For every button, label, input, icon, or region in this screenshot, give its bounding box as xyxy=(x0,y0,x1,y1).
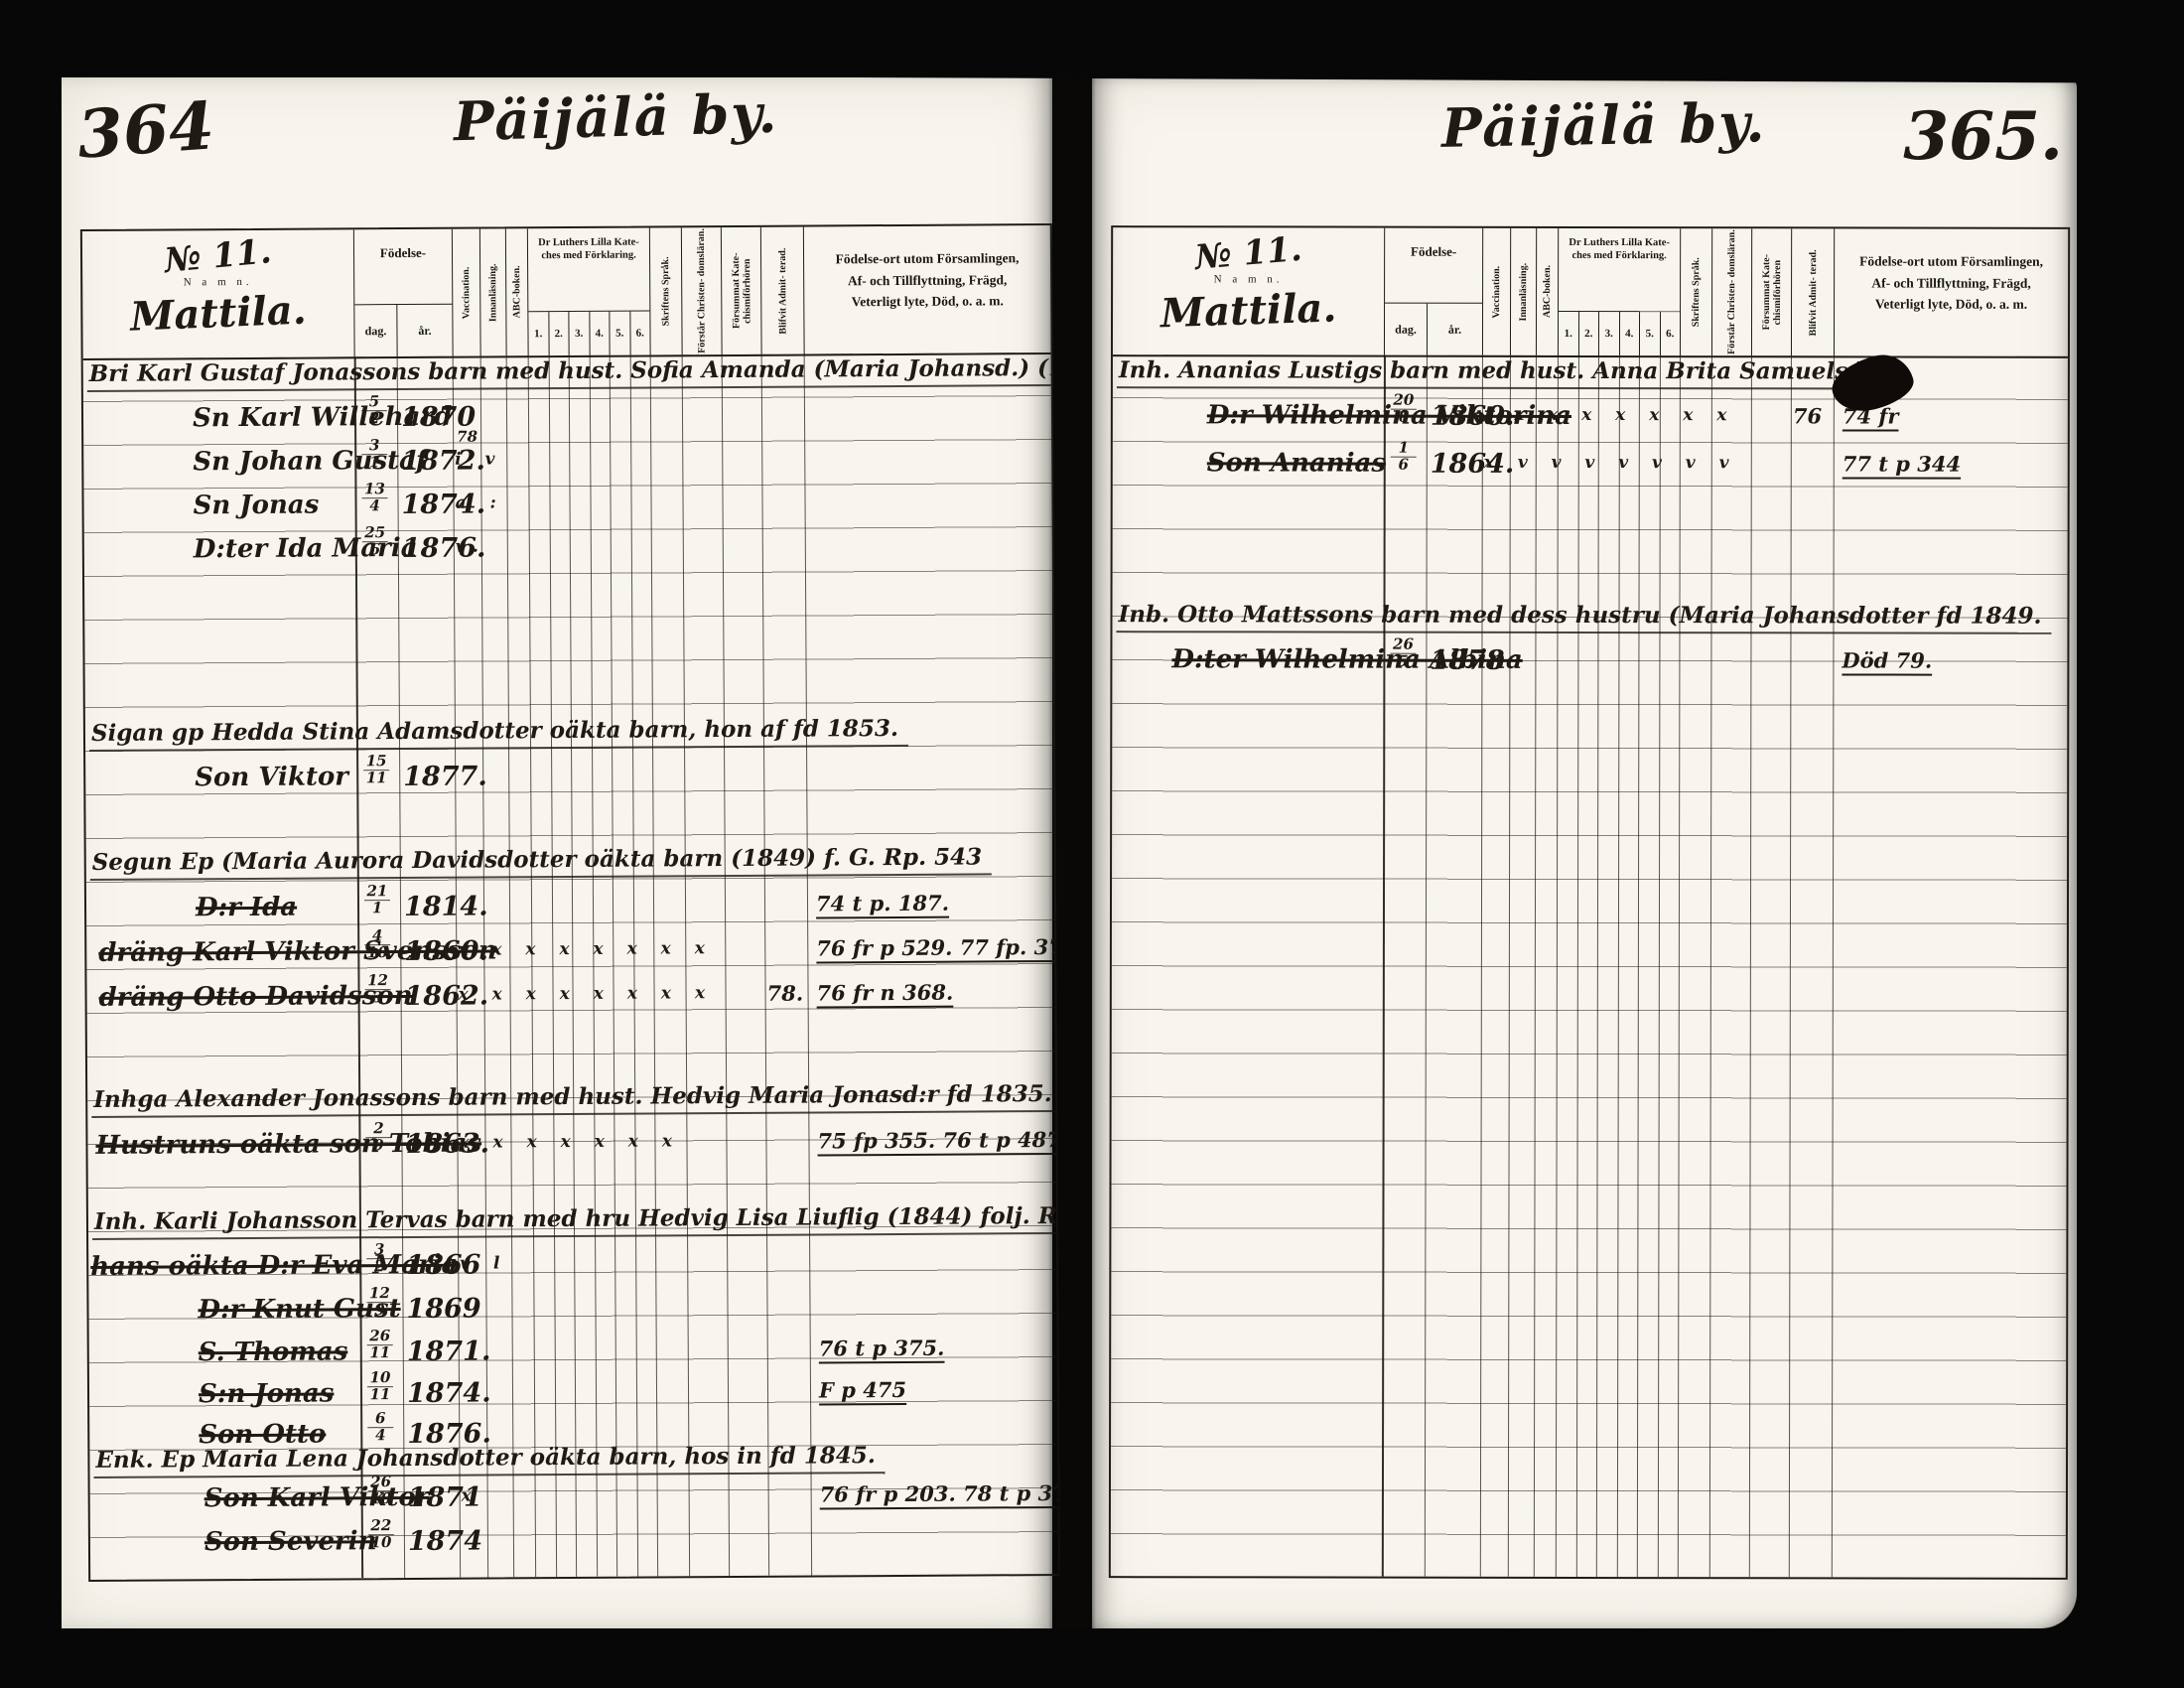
group-heading: Inh. Karli Johansson Tervas barn med hru… xyxy=(92,1201,1058,1239)
examination-marks: x xyxy=(462,1486,480,1506)
missed-examinations-label: Försummat Kate- chismiförhören xyxy=(1760,228,1782,355)
col-header-name: № 11. N a m n. Mattila. xyxy=(1113,227,1384,354)
birth-day-month: 410 xyxy=(356,928,398,960)
birth-day-month: 52 xyxy=(353,394,395,426)
col-header-vaccination: Vaccination. xyxy=(1482,228,1510,355)
birth-day-month: 134 xyxy=(353,482,395,513)
examination-marks: v l xyxy=(460,1253,508,1273)
col-header-abc-book: ABC-boken. xyxy=(1536,228,1558,355)
table-header-right: № 11. N a m n. Mattila. Födelse- dag. år… xyxy=(1113,227,2068,358)
birth-day-month: 16 xyxy=(1383,441,1425,473)
col-header-reading: Innanläsning. xyxy=(1510,228,1536,355)
person-row: Son Karl Viktor26101871x76 fr p 203. 78 … xyxy=(90,1477,1058,1526)
catechism-col-6: 6. xyxy=(1659,312,1680,355)
table-body-left: Bri Karl Gustaf Jonassons barn med hust.… xyxy=(83,352,1058,1580)
margin-note: Död 79. xyxy=(1842,647,1932,672)
person-name: Son Viktor xyxy=(195,762,348,792)
understands-doctrine-label: Förstår Christen- domsläran. xyxy=(696,228,708,353)
birth-year-label: år. xyxy=(1428,304,1482,355)
col-header-remarks: Födelse-ort utom Församlingen, Af- och T… xyxy=(803,225,1051,354)
abc-book-label: ABC-boken. xyxy=(1542,265,1553,318)
family-name: Mattila. xyxy=(82,285,355,343)
catechism-label: Dr Luthers Lilla Kate- ches med Förklari… xyxy=(1559,228,1680,262)
missed-examinations-label: Försummat Kate- chismiförhören xyxy=(730,227,752,354)
book-page-right: 365. Päijälä by. № 11. N a m n. Mattila.… xyxy=(1092,77,2077,1628)
examination-marks: x x x x x x x x xyxy=(458,938,714,960)
birth-year: 1874 xyxy=(408,1526,482,1557)
person-row: hans oäkta D:r Eva Maria321866v l xyxy=(88,1244,1056,1294)
vaccination-mark: 78 xyxy=(457,428,478,446)
examination-marks: x v v v v v v v xyxy=(1484,453,1738,473)
margin-note: 76 t p 375. xyxy=(819,1336,945,1361)
group-heading: Sigan gp Hedda Stina Adamsdotter oäkta b… xyxy=(89,715,908,752)
birth-year-label: år. xyxy=(397,305,452,356)
catechism-col-1: 1. xyxy=(528,312,548,355)
person-name: Sn Jonas xyxy=(193,491,319,521)
col-header-scripture-language: Skriftens Språk. xyxy=(649,227,682,354)
admitted-label: Blifvit Admit- terad. xyxy=(776,247,788,334)
birth-year: 1877. xyxy=(403,762,487,793)
person-name: hans oäkta D:r Eva Maria xyxy=(90,1250,458,1282)
examination-marks: / x x x x x x x xyxy=(1484,405,1736,425)
column-rule xyxy=(1678,355,1681,1577)
catechism-col-3: 3. xyxy=(568,312,589,355)
col-header-name: № 11. N a m n. Mattila. xyxy=(82,229,354,358)
catechism-col-4: 4. xyxy=(1618,312,1639,355)
birth-sub-header: dag. år. xyxy=(354,304,452,357)
birth-year: 1871. xyxy=(407,1336,491,1367)
column-rule xyxy=(1709,355,1712,1577)
person-row: Son Severin22101874 xyxy=(90,1520,1058,1570)
birth-year: 1814. xyxy=(404,892,488,923)
col-header-vaccination: Vaccination. xyxy=(452,229,480,356)
birth-day-month: 265 xyxy=(1382,637,1424,669)
column-rule xyxy=(1637,355,1640,1577)
remarks-label-line1: Födelse-ort utom Församlingen, xyxy=(804,247,1050,270)
admitted-mark: 78. xyxy=(766,981,803,1006)
column-rule xyxy=(1789,355,1792,1577)
margin-note: 75 fp 355. 76 t p 487. xyxy=(817,1127,1058,1154)
admitted-mark: 76 xyxy=(1793,403,1822,428)
column-rule xyxy=(1596,355,1599,1577)
catechism-label-line1: Dr Luthers Lilla Kate- xyxy=(538,237,639,249)
margin-note: 76 fr p 203. 78 t p 375. xyxy=(820,1480,1059,1507)
group-heading: Inb. Otto Mattssons barn med dess hustru… xyxy=(1116,601,2051,634)
birth-day-label: dag. xyxy=(1385,304,1428,355)
column-rule xyxy=(1749,355,1752,1577)
col-header-admitted: Blifvit Admit- terad. xyxy=(760,227,804,354)
book-fold-gutter xyxy=(1048,77,1096,1628)
column-rule xyxy=(1508,355,1511,1577)
person-name: Son Severin xyxy=(205,1526,377,1557)
vaccination-label: Vaccination. xyxy=(461,266,472,319)
person-name: D:r Ida xyxy=(196,893,297,923)
catechism-label-line2: ches med Förklaring. xyxy=(541,250,635,262)
col-header-reading: Innanläsning. xyxy=(479,228,506,355)
col-header-missed-examinations: Försummat Kate- chismiförhören xyxy=(721,227,761,354)
examination-marks: v. xyxy=(456,537,487,557)
admitted-label: Blifvit Admit- terad. xyxy=(1807,249,1818,336)
catechism-col-6: 6. xyxy=(629,312,650,355)
understands-doctrine-label: Förstår Christen- domsläran. xyxy=(1726,229,1737,354)
col-header-missed-examinations: Försummat Kate- chismiförhören xyxy=(1751,228,1791,355)
person-row: dräng Otto Davidsson1231862.x x x x x x … xyxy=(86,975,1054,1025)
catechism-col-4: 4. xyxy=(589,312,610,355)
column-rule xyxy=(1617,355,1620,1577)
col-header-birth: Födelse- dag. år. xyxy=(1384,228,1482,355)
table-header-left: № 11. N a m n. Mattila. Födelse- dag. år… xyxy=(82,225,1051,360)
remarks-label-line3: Veterligt lyte, Död, o. a. m. xyxy=(804,290,1050,313)
page-title-left: Päijälä by. xyxy=(453,81,779,154)
person-row: Sn Jonas1341874.a : xyxy=(83,484,1051,533)
catechism-col-2: 2. xyxy=(1577,312,1598,355)
record-table-right: № 11. N a m n. Mattila. Födelse- dag. år… xyxy=(1109,225,2070,1580)
catechism-sub-columns: 1. 2. 3. 4. 5. 6. xyxy=(528,311,649,356)
catechism-label-line2: ches med Förklaring. xyxy=(1571,250,1666,261)
person-name: S:n Jonas xyxy=(199,1378,335,1409)
birth-day-month: 129 xyxy=(358,1286,400,1318)
catechism-col-5: 5. xyxy=(1639,312,1660,355)
catechism-sub-columns: 1. 2. 3. 4. 5. 6. xyxy=(1559,311,1680,355)
column-rule xyxy=(1832,355,1835,1577)
record-table-left: № 11. N a m n. Mattila. Födelse- dag. år… xyxy=(80,223,1060,1582)
table-body-right: Inh. Ananias Lustigs barn med hust. Anna… xyxy=(1111,354,2068,1578)
birth-year: 1874. xyxy=(407,1377,491,1409)
column-rule xyxy=(1534,355,1537,1577)
person-row: D:r Wilhelmina Viktorina2061860./ x x x … xyxy=(1113,398,2068,444)
col-header-understands-doctrine: Förstår Christen- domsläran. xyxy=(1711,228,1751,355)
birth-label: Födelse- xyxy=(1385,228,1482,260)
birth-day-month: 29 xyxy=(357,1121,399,1153)
margin-note: 76 fr n 368. xyxy=(816,980,953,1006)
page-number-right: 365. xyxy=(1903,97,2063,175)
margin-note: 76 fr p 529. 77 fp. 375. xyxy=(816,934,1058,961)
person-row: Hustruns oäkta son Tobias291863.x x x x … xyxy=(87,1123,1055,1173)
family-group-row: Inb. Otto Mattssons barn med dess hustru… xyxy=(1112,601,2067,646)
reading-label: Innanläsning. xyxy=(1518,263,1529,322)
group-heading: Enk. Ep Maria Lena Johansdotter oäkta ba… xyxy=(93,1442,886,1478)
family-group-row: Inhga Alexander Jonassons barn med hust.… xyxy=(87,1080,1055,1130)
person-name: Son Ananias xyxy=(1207,448,1386,478)
group-heading: Inhga Alexander Jonassons barn med hust.… xyxy=(91,1080,1058,1118)
birth-day-month: 2611 xyxy=(359,1329,401,1360)
birth-day-month: 1011 xyxy=(359,1370,401,1402)
person-row: Son Viktor15111877. xyxy=(85,756,1053,805)
scripture-language-label: Skriftens Språk. xyxy=(660,256,671,326)
birth-year: 1878 xyxy=(1430,645,1504,676)
person-row: Sn Karl Willehard521870 xyxy=(83,396,1051,446)
person-row: D:ter Ida Maria2561876.v. xyxy=(84,527,1052,577)
birth-day-month: 2210 xyxy=(360,1518,402,1550)
col-header-scripture-language: Skriftens Språk. xyxy=(1680,228,1711,355)
vaccination-label: Vaccination. xyxy=(1491,265,1502,318)
catechism-label: Dr Luthers Lilla Kate- ches med Förklari… xyxy=(528,228,649,263)
remarks-label-line1: Födelse-ort utom Församlingen, xyxy=(1835,250,2068,272)
family-name: Mattila. xyxy=(1112,283,1384,339)
scripture-language-label: Skriftens Språk. xyxy=(1691,257,1702,327)
examination-marks: x x x x x x x xyxy=(459,1131,681,1152)
col-header-understands-doctrine: Förstår Christen- domsläran. xyxy=(681,227,722,354)
margin-note: 74 t p. 187. xyxy=(816,891,949,916)
catechism-col-1: 1. xyxy=(1559,312,1578,355)
column-rule xyxy=(1382,355,1386,1577)
birth-day-month: 211 xyxy=(356,884,398,915)
page-title-right: Päijälä by. xyxy=(1440,90,1766,160)
col-header-admitted: Blifvit Admit- terad. xyxy=(1791,228,1834,355)
birth-day-month: 2610 xyxy=(360,1475,402,1506)
examination-marks: a : xyxy=(455,492,504,512)
person-row: Sn Johan Gustaf311872.78i v xyxy=(83,440,1051,490)
person-row: dräng Karl Viktor Svensson4101860.x x x … xyxy=(86,930,1054,980)
birth-day-month: 123 xyxy=(356,973,398,1005)
col-header-birth: Födelse- dag. år. xyxy=(353,229,453,357)
remarks-label-line2: Af- och Tillflyttning, Frägd, xyxy=(804,269,1050,292)
margin-note: 77 t p 344 xyxy=(1843,451,1961,476)
column-rule xyxy=(1480,355,1483,1577)
person-name: S. Thomas xyxy=(199,1336,348,1367)
person-row: D:r Ida2111814.74 t p. 187. xyxy=(86,886,1054,935)
family-group-row: Segun Ep (Maria Aurora Davidsdotter oäkt… xyxy=(86,843,1054,893)
person-row: Son Ananias161864.x v v v v v v v77 t p … xyxy=(1113,446,2068,492)
group-heading: Bri Karl Gustaf Jonassons barn med hust.… xyxy=(87,352,1058,391)
examination-marks: i v xyxy=(455,449,503,469)
group-heading: Inh. Ananias Lustigs barn med hust. Anna… xyxy=(1117,356,1894,389)
birth-day-label: dag. xyxy=(354,305,397,356)
column-rule xyxy=(1425,355,1428,1577)
abc-book-label: ABC-boken. xyxy=(511,266,522,319)
book-page-left: 364 Päijälä by. № 11. N a m n. Mattila. … xyxy=(62,77,1052,1628)
examination-marks: x x x x x x x x xyxy=(459,983,715,1005)
birth-day-month: 256 xyxy=(354,525,396,557)
remarks-label-line2: Af- och Tillflyttning, Frägd, xyxy=(1835,272,2068,294)
catechism-label-line1: Dr Luthers Lilla Kate- xyxy=(1569,237,1670,248)
col-header-remarks: Födelse-ort utom Församlingen, Af- och T… xyxy=(1834,228,2068,355)
column-rule xyxy=(1556,355,1559,1577)
catechism-col-5: 5. xyxy=(609,312,629,355)
col-header-abc-book: ABC-boken. xyxy=(505,228,528,355)
col-header-catechism: Dr Luthers Lilla Kate- ches med Förklari… xyxy=(527,228,650,356)
reading-label: Innanläsning. xyxy=(487,263,498,322)
page-number-left: 364 xyxy=(74,86,216,173)
catechism-col-2: 2. xyxy=(548,312,569,355)
birth-day-month: 1511 xyxy=(355,754,397,785)
birth-day-month: 64 xyxy=(359,1411,401,1443)
remarks-label-line3: Veterligt lyte, Död, o. a. m. xyxy=(1835,294,2068,316)
group-heading: Segun Ep (Maria Aurora Davidsdotter oäkt… xyxy=(90,843,993,881)
margin-note: F p 475 xyxy=(819,1377,906,1403)
person-row: D:r Knut Gust1291869 xyxy=(88,1288,1056,1337)
birth-day-month: 31 xyxy=(353,438,395,470)
birth-day-month: 32 xyxy=(358,1242,400,1274)
column-rule xyxy=(1576,355,1579,1577)
family-group-row: Inh. Ananias Lustigs barn med hust. Anna… xyxy=(1113,356,2068,402)
catechism-col-3: 3. xyxy=(1598,312,1619,355)
col-header-catechism: Dr Luthers Lilla Kate- ches med Förklari… xyxy=(1558,228,1680,355)
birth-day-month: 206 xyxy=(1383,393,1425,425)
birth-sub-header: dag. år. xyxy=(1385,303,1482,355)
birth-label: Födelse- xyxy=(354,229,452,262)
column-rule xyxy=(1658,355,1661,1577)
person-row: D:ter Wilhelmina Albina2651878Död 79. xyxy=(1112,642,2067,688)
birth-year: 1869 xyxy=(406,1294,480,1325)
